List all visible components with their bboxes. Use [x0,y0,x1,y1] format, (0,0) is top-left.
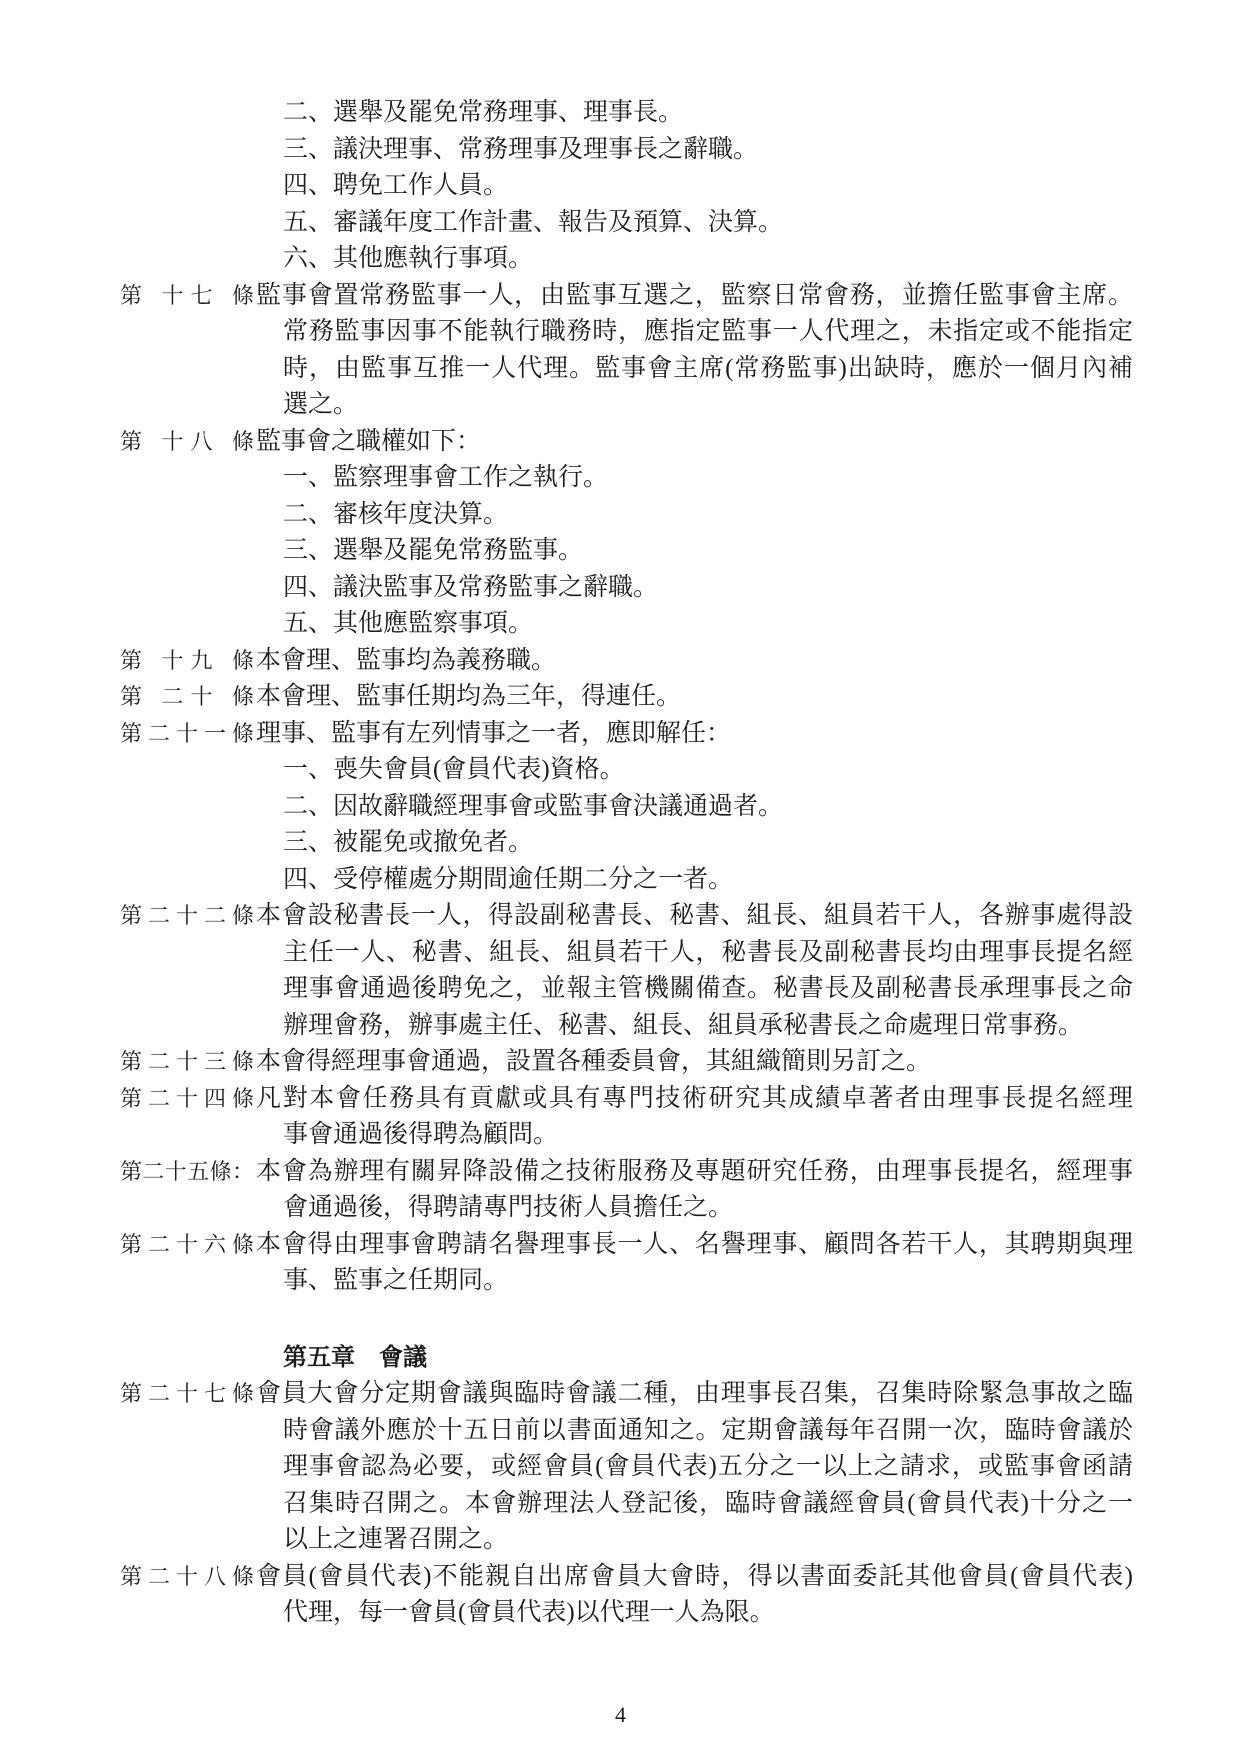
article-body: 監事會置常務監事一人，由監事互選之，監察日常會務，並擔任監事會主席。常務監事因事… [256,278,1133,424]
article-label: 第 十七 條 [120,278,254,315]
article-label: 第二十五條： [120,1154,254,1191]
article-body: 本會理、監事均為義務職。 [256,643,1133,680]
article-line: 代理，每一會員(會員代表)以代理一人為限。 [283,1595,1133,1632]
article-line: 本會設秘書長一人，得設副秘書長、秘書、組長、組員若干人，各辦事處得設 [256,898,1133,935]
article-row: 第 十八 條監事會之職權如下： [120,424,1133,461]
article-body: 會員(會員代表)不能親自出席會員大會時，得以書面委託其他會員(會員代表)代理，每… [256,1559,1133,1632]
list-item: 二、選舉及罷免常務理事、理事長。 [283,95,1133,132]
article-label: 第 十八 條 [120,424,254,461]
article-line: 本會理、監事均為義務職。 [256,643,1133,680]
list-item: 一、監察理事會工作之執行。 [283,460,1133,497]
list-item: 二、審核年度決算。 [283,497,1133,534]
article-label: 第 二十 條 [120,679,254,716]
article-row: 第二十三條本會得經理事會通過，設置各種委員會，其組織簡則另訂之。 [120,1044,1133,1081]
article-line: 理事會認為必要，或經會員(會員代表)五分之一以上之請求，或監事會函請 [283,1449,1133,1486]
article-line: 本會得經理事會通過，設置各種委員會，其組織簡則另訂之。 [256,1044,1133,1081]
article-body: 本會理、監事任期均為三年，得連任。 [256,679,1133,716]
article-row: 第 二十 條本會理、監事任期均為三年，得連任。 [120,679,1133,716]
page-number: 4 [0,1700,1241,1730]
article-line: 辦理會務，辦事處主任、秘書、組長、組員承秘書長之命處理日常事務。 [283,1008,1133,1045]
article-label: 第二十三條 [120,1044,254,1081]
article-line: 理事會通過後聘免之，並報主管機關備查。秘書長及副秘書長承理事長之命 [283,971,1133,1008]
article-row: 第二十二條本會設秘書長一人，得設副秘書長、秘書、組長、組員若干人，各辦事處得設主… [120,898,1133,1044]
article-line: 監事會置常務監事一人，由監事互選之，監察日常會務，並擔任監事會主席。 [256,278,1133,315]
article-body: 理事、監事有左列情事之一者，應即解任： [256,716,1133,753]
article-line: 監事會之職權如下： [256,424,1133,461]
article-row: 第二十八條會員(會員代表)不能親自出席會員大會時，得以書面委託其他會員(會員代表… [120,1559,1133,1632]
article-line: 召集時召開之。本會辦理法人登記後，臨時會議經會員(會員代表)十分之一 [283,1486,1133,1523]
article-line: 選之。 [283,387,1133,424]
article-row: 第二十五條：本會為辦理有關昇降設備之技術服務及專題研究任務，由理事長提名，經理事… [120,1154,1133,1227]
article-line: 時會議外應於十五日前以書面通知之。定期會議每年召開一次，臨時會議於 [283,1413,1133,1450]
list-item: 四、議決監事及常務監事之辭職。 [283,570,1133,607]
list-item: 四、受停權處分期間逾任期二分之一者。 [283,862,1133,899]
article-label: 第二十四條 [120,1081,254,1118]
article-label: 第 十九 條 [120,643,254,680]
article-line: 事會通過後得聘為顧問。 [283,1117,1133,1154]
article-row: 第二十一條理事、監事有左列情事之一者，應即解任： [120,716,1133,753]
article-line: 時，由監事互推一人代理。監事會主席(常務監事)出缺時，應於一個月內補 [283,351,1133,388]
list-item: 三、被罷免或撤免者。 [283,825,1133,862]
article-row: 第二十七條會員大會分定期會議與臨時會議二種，由理事長召集，召集時除緊急事故之臨時… [120,1376,1133,1559]
article-label: 第二十七條 [120,1376,254,1413]
document-page: 二、選舉及罷免常務理事、理事長。三、議決理事、常務理事及理事長之辭職。四、聘免工… [0,0,1241,1755]
article-line: 常務監事因事不能執行職務時，應指定監事一人代理之，未指定或不能指定 [283,314,1133,351]
article-label: 第二十八條 [120,1559,254,1596]
article-line: 凡對本會任務具有貢獻或具有專門技術研究其成績卓著者由理事長提名經理 [256,1081,1133,1118]
article-row: 第 十七 條監事會置常務監事一人，由監事互選之，監察日常會務，並擔任監事會主席。… [120,278,1133,424]
article-body: 會員大會分定期會議與臨時會議二種，由理事長召集，召集時除緊急事故之臨時會議外應於… [256,1376,1133,1559]
list-item: 五、審議年度工作計畫、報告及預算、決算。 [283,205,1133,242]
article-row: 第 十九 條本會理、監事均為義務職。 [120,643,1133,680]
article-body: 本會得由理事會聘請名譽理事長一人、名譽理事、顧問各若干人，其聘期與理事、監事之任… [256,1227,1133,1300]
list-item: 二、因故辭職經理事會或監事會決議通過者。 [283,789,1133,826]
list-item: 三、議決理事、常務理事及理事長之辭職。 [283,132,1133,169]
article-line: 本會為辦理有關昇降設備之技術服務及專題研究任務，由理事長提名，經理事 [256,1154,1133,1191]
article-row: 第二十六條本會得由理事會聘請名譽理事長一人、名譽理事、顧問各若干人，其聘期與理事… [120,1227,1133,1300]
list-item: 四、聘免工作人員。 [283,168,1133,205]
article-body: 本會得經理事會通過，設置各種委員會，其組織簡則另訂之。 [256,1044,1133,1081]
list-item: 一、喪失會員(會員代表)資格。 [283,752,1133,789]
article-line: 主任一人、秘書、組長、組員若干人，秘書長及副秘書長均由理事長提名經 [283,935,1133,972]
article-line: 會通過後，得聘請專門技術人員擔任之。 [283,1190,1133,1227]
article-body: 凡對本會任務具有貢獻或具有專門技術研究其成績卓著者由理事長提名經理事會通過後得聘… [256,1081,1133,1154]
article-line: 會員(會員代表)不能親自出席會員大會時，得以書面委託其他會員(會員代表) [256,1559,1133,1596]
list-item: 六、其他應執行事項。 [283,241,1133,278]
document-body: 二、選舉及罷免常務理事、理事長。三、議決理事、常務理事及理事長之辭職。四、聘免工… [120,95,1133,1632]
article-body: 監事會之職權如下： [256,424,1133,461]
article-body: 本會設秘書長一人，得設副秘書長、秘書、組長、組員若干人，各辦事處得設主任一人、秘… [256,898,1133,1044]
article-line: 理事、監事有左列情事之一者，應即解任： [256,716,1133,753]
article-line: 事、監事之任期同。 [283,1263,1133,1300]
chapter-heading: 第五章 會議 [283,1340,1133,1377]
list-item: 五、其他應監察事項。 [283,606,1133,643]
article-line: 會員大會分定期會議與臨時會議二種，由理事長召集，召集時除緊急事故之臨 [256,1376,1133,1413]
article-row: 第二十四條凡對本會任務具有貢獻或具有專門技術研究其成績卓著者由理事長提名經理事會… [120,1081,1133,1154]
article-line: 本會理、監事任期均為三年，得連任。 [256,679,1133,716]
article-label: 第二十二條 [120,898,254,935]
list-item: 三、選舉及罷免常務監事。 [283,533,1133,570]
article-label: 第二十六條 [120,1227,254,1264]
article-label: 第二十一條 [120,716,254,753]
article-line: 本會得由理事會聘請名譽理事長一人、名譽理事、顧問各若干人，其聘期與理 [256,1227,1133,1264]
article-body: 本會為辦理有關昇降設備之技術服務及專題研究任務，由理事長提名，經理事會通過後，得… [256,1154,1133,1227]
article-line: 以上之連署召開之。 [283,1522,1133,1559]
